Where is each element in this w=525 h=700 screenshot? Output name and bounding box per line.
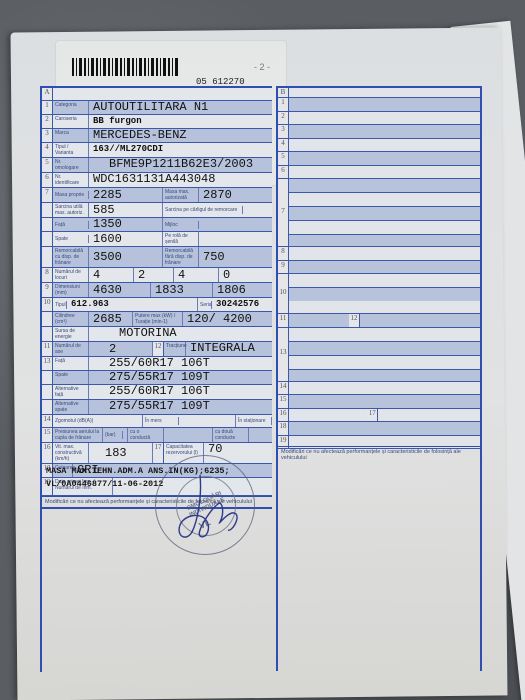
empty-field: [289, 274, 480, 313]
field-label: cu două conducte: [213, 428, 249, 442]
row-index: 2: [278, 112, 289, 125]
make-value: MERCEDES-BENZ: [89, 129, 187, 142]
signature-icon: [170, 470, 250, 550]
drive-value: INTEGRALA: [186, 342, 255, 356]
field-label: Sarcina utilă max. autoriz.: [53, 203, 89, 217]
field-label: Tipul: [53, 301, 67, 309]
type-value: 163//ML270CDI: [89, 143, 163, 157]
modifications-note: Modificări ce nu afectează performanțele…: [278, 446, 480, 463]
row-index: 6: [278, 166, 289, 179]
row-index: 3: [278, 125, 289, 138]
row-index: 10: [278, 274, 289, 313]
tyre-rear-value: 275/55R17 109T: [89, 371, 210, 384]
field-label: Nr. omologare: [53, 158, 89, 172]
row-index: 11: [42, 342, 53, 356]
tyre-alt-rear-value: 275/55R17 109T: [89, 400, 210, 414]
seats-standing-value: 0: [219, 269, 230, 282]
field-label: Sursa de energie: [53, 327, 89, 341]
empty-field: [289, 422, 480, 435]
row-index: 12: [349, 314, 360, 327]
empty-field: [289, 261, 480, 274]
field-label: Remorcabilă cu disp. de frânare: [53, 247, 89, 267]
row-index: 9: [278, 261, 289, 274]
row-index: 7: [278, 179, 289, 246]
power-value: 120/ 4200: [183, 313, 252, 326]
field-label: Masa max. autorizată: [163, 188, 199, 202]
row-index: 17: [367, 409, 378, 422]
section-a-header: A: [42, 88, 53, 100]
row-index: 8: [278, 247, 289, 260]
curb-mass-value: 2285: [89, 189, 122, 202]
field-label: Alternative față: [53, 385, 89, 399]
row-index: 9: [42, 283, 53, 297]
empty-field: [289, 179, 480, 246]
field-label: Față: [53, 221, 89, 229]
towable-braked-value: 3500: [89, 251, 122, 264]
section-a: A 1CategoriaAUTOUTILITARA N1 2CaroseriaB…: [40, 86, 272, 509]
field-label: Masa proprie: [53, 191, 89, 199]
empty-field: [289, 125, 480, 138]
empty-field: [289, 314, 349, 327]
row-index: 1: [278, 98, 289, 111]
row-index: 11: [278, 314, 289, 327]
row-index: 8: [42, 268, 53, 282]
field-label: Tipul / Varianta: [53, 143, 89, 157]
row-index: 14: [278, 382, 289, 395]
payload-value: 585: [89, 204, 115, 217]
field-label: Alternative spate: [53, 400, 89, 414]
engine-type-value: 612.963: [67, 298, 109, 311]
tyre-alt-front-value: 255/60R17 106T: [89, 385, 210, 399]
row-index: 15: [42, 428, 53, 442]
row-index: 13: [278, 328, 289, 381]
towable-unbraked-value: 750: [199, 251, 225, 264]
row-index: 3: [42, 129, 53, 142]
field-label: Numărul de axe: [53, 342, 89, 356]
field-label: Marca: [53, 129, 89, 142]
empty-field: [360, 314, 480, 327]
fuel-value: MOTORINA: [89, 327, 177, 341]
row-index: 12: [153, 342, 164, 356]
field-label: Cilindree (cm³): [53, 312, 89, 326]
row-index: 18: [278, 422, 289, 435]
empty-field: [289, 409, 367, 422]
length-value: 4630: [89, 284, 122, 297]
row-index: 2: [42, 115, 53, 128]
row-index: 7: [42, 188, 53, 202]
body-value: BB furgon: [89, 115, 142, 128]
max-mass-value: 2870: [199, 189, 232, 202]
page-mark: - 2 -: [254, 62, 270, 72]
row-index: 5: [42, 158, 53, 172]
field-label: cu o conductă: [128, 428, 164, 442]
seats-front-value: 2: [134, 269, 145, 282]
row-index: 1: [42, 101, 53, 114]
field-label: Față: [53, 357, 89, 370]
seats-total-value: 4: [89, 269, 100, 282]
displacement-value: 2685: [89, 313, 122, 326]
field-label: (bar): [103, 431, 123, 439]
width-value: 1833: [151, 284, 184, 297]
empty-field: [289, 98, 480, 111]
field-label: În staționare: [236, 417, 272, 425]
row-index: 15: [278, 395, 289, 408]
empty-field: [289, 139, 480, 152]
row-index: 10: [42, 298, 53, 311]
height-value: 1806: [213, 284, 246, 297]
modifications-area-b: Modificări ce nu afectează performanțele…: [276, 446, 482, 671]
empty-field: [289, 112, 480, 125]
row-index: 16: [278, 409, 289, 422]
field-label: Dimensiuni (mm): [53, 283, 89, 297]
tyre-front-value: 255/60R17 106T: [89, 357, 210, 370]
field-label: Categoria: [53, 101, 89, 114]
rear-axle-value: 1600: [89, 233, 122, 246]
field-label: În mers: [143, 417, 179, 425]
row-index: 13: [42, 357, 53, 370]
category-value: AUTOUTILITARA N1: [89, 101, 208, 114]
field-label: Sarcina pe cârligul de remorcare: [163, 206, 243, 214]
empty-field: [289, 166, 480, 179]
field-label: Tracțiune: [164, 342, 186, 356]
axles-value: 2: [89, 343, 116, 356]
empty-field: [289, 382, 480, 395]
front-axle-value: 1350: [89, 218, 122, 231]
field-label: Seria: [198, 301, 212, 309]
field-label: Zgomotul (dB(A)): [53, 417, 143, 425]
field-label: Caroseria: [53, 115, 89, 128]
field-label: Spate: [53, 235, 89, 243]
field-label: Putere max (kW) / Turație (min-1): [133, 312, 183, 326]
barcode: [72, 58, 178, 76]
field-label: Presiunea aerului la cupla de frânare: [53, 428, 103, 442]
field-label: Numărul de locuri: [53, 268, 89, 282]
section-b: B 1 2 3 4 5 6 7 8 9 10 1112 13 14 15 161…: [276, 86, 482, 446]
vin-value: WDC1631131A443048: [89, 173, 215, 187]
field-label: Mijloc: [163, 221, 199, 229]
row-index: 14: [42, 415, 53, 427]
engine-serial-value: 30242576: [212, 298, 259, 311]
empty-field: [289, 152, 480, 165]
empty-field: [289, 395, 480, 408]
section-b-header: B: [278, 88, 289, 97]
row-index: 4: [278, 139, 289, 152]
row-index: 5: [278, 152, 289, 165]
empty-field: [289, 328, 480, 381]
homologation-value: BFME9P1211B62E3/2003: [89, 158, 253, 172]
field-label: Nr. identificare: [53, 173, 89, 187]
field-label: Remorcabilă fără disp. de frânare: [163, 247, 199, 267]
empty-field: [378, 409, 480, 422]
empty-field: [289, 247, 480, 260]
field-label: Spate: [53, 371, 89, 384]
field-label: Pe rolă de șenilă: [163, 232, 199, 246]
seats-seated-value: 4: [174, 269, 185, 282]
row-index: 4: [42, 143, 53, 157]
row-index: 6: [42, 173, 53, 187]
